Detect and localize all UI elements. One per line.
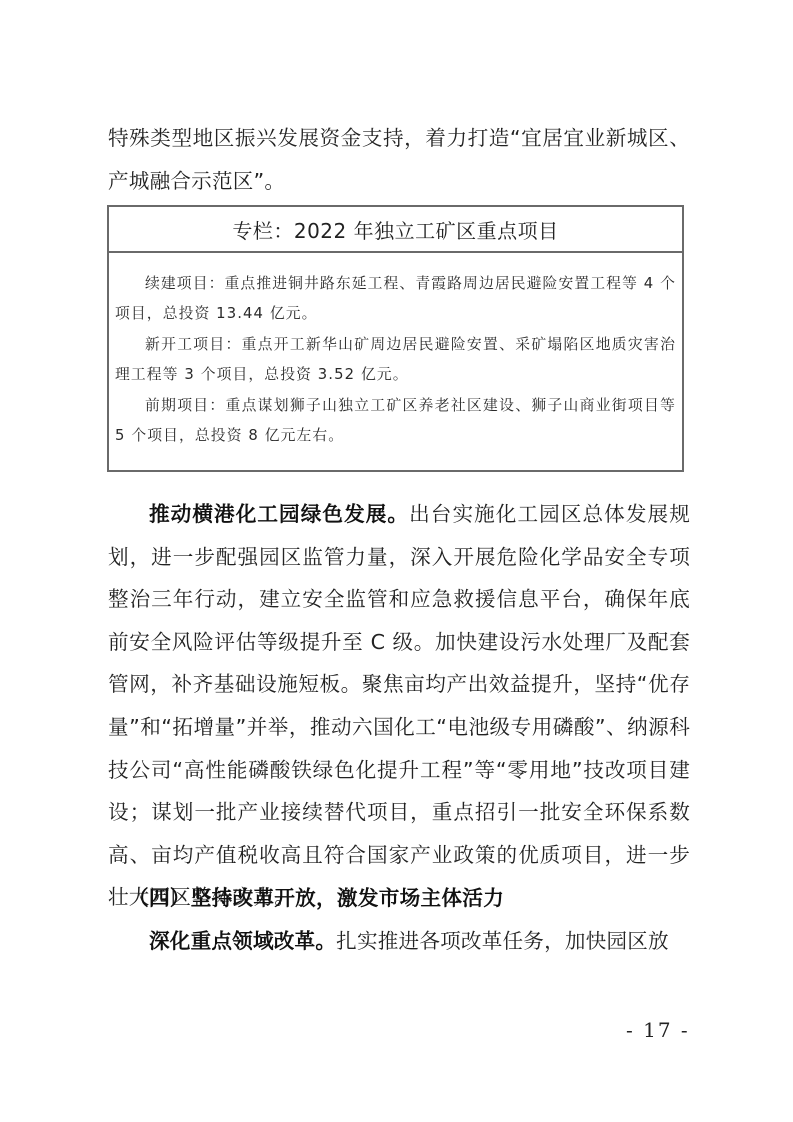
page-number: - 17 - [626,1018,690,1042]
project-item-new: 新开工项目：重点开工新华山矿周边居民避险安置、采矿塌陷区地质灾害治理工程等 3 … [115,330,676,389]
special-column-title: 专栏：2022 年独立工矿区重点项目 [109,207,682,253]
project-item-preliminary: 前期项目：重点谋划狮子山独立工矿区养老社区建设、狮子山商业街项目等 5 个项目，… [115,391,676,450]
section-heading: （四）坚持改革开放，激发市场主体活力 [128,877,504,920]
reform-body: 扎实推进各项改革任务，加快园区放 [336,929,669,953]
project-item-continuing: 续建项目：重点推进铜井路东延工程、青霞路周边居民避险安置工程等 4 个项目，总投… [115,269,676,328]
chem-park-paragraph: 推动横港化工园绿色发展。出台实施化工园区总体发展规划，进一步配强园区监管力量，深… [108,493,690,919]
chem-park-body: 出台实施化工园区总体发展规划，进一步配强园区监管力量，深入开展危险化学品安全专项… [108,502,690,909]
special-column-body: 续建项目：重点推进铜井路东延工程、青霞路周边居民避险安置工程等 4 个项目，总投… [109,253,682,450]
chem-park-lead: 推动横港化工园绿色发展。 [149,502,409,526]
intro-paragraph: 特殊类型地区振兴发展资金支持，着力打造“宜居宜业新城区、产城融合示范区”。 [108,117,690,202]
reform-paragraph: 深化重点领域改革。扎实推进各项改革任务，加快园区放 [108,920,690,963]
document-page: 特殊类型地区振兴发展资金支持，着力打造“宜居宜业新城区、产城融合示范区”。 专栏… [0,0,793,1122]
reform-lead: 深化重点领域改革。 [149,929,336,953]
special-column-box: 专栏：2022 年独立工矿区重点项目 续建项目：重点推进铜井路东延工程、青霞路周… [107,205,684,472]
